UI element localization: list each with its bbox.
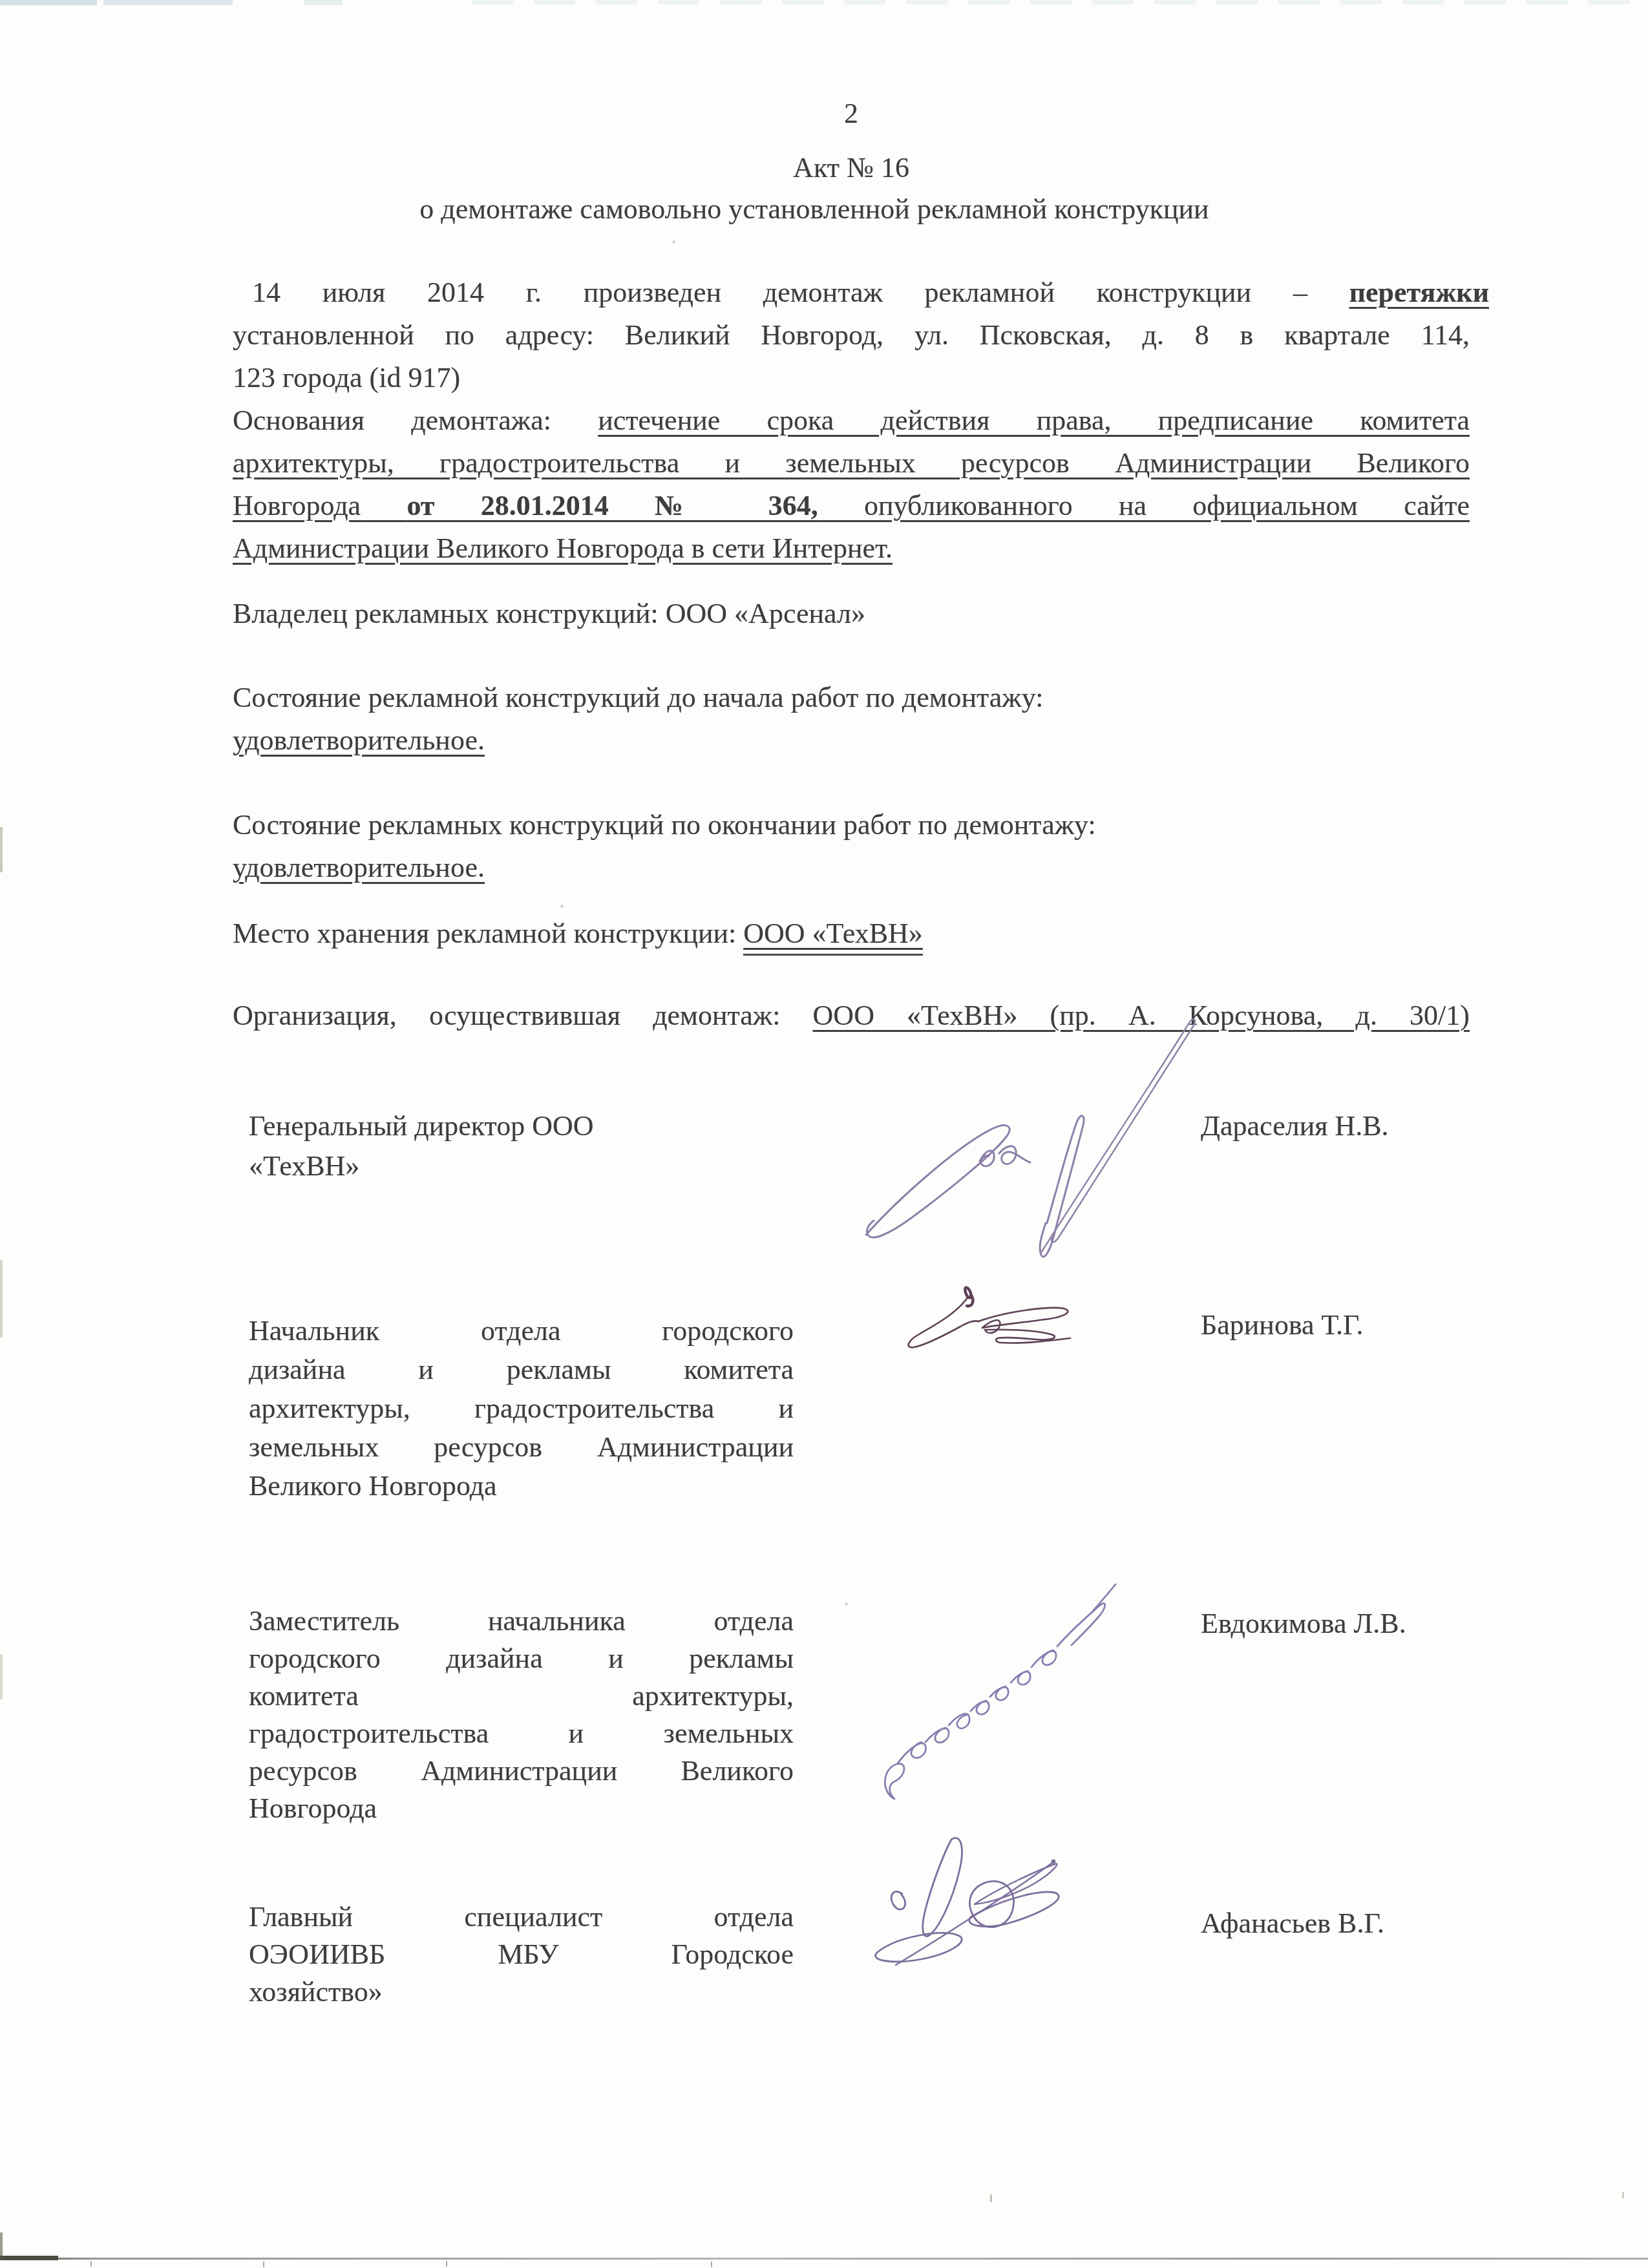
signatory-role: Генеральный директор ООО «ТехВН» bbox=[249, 1106, 794, 1186]
signatory-name: Баринова Т.Г. bbox=[1201, 1305, 1479, 1345]
scan-edge-artifact bbox=[304, 0, 343, 5]
scan-edge-artifact bbox=[0, 2256, 58, 2260]
scan-edge-artifact bbox=[263, 2262, 264, 2267]
p1-l4-grounds: истечение срока действия права, предписа… bbox=[598, 404, 1470, 436]
p1-l6-end: опубликованного на официальном сайте bbox=[864, 490, 1470, 521]
scan-speck bbox=[1622, 2192, 1624, 2198]
p1-l6-date: от 28.01.2014 № 364, bbox=[407, 490, 818, 521]
scan-speck bbox=[990, 2194, 992, 2202]
scan-edge-artifact bbox=[90, 2261, 92, 2267]
scan-edge-artifact bbox=[711, 2262, 712, 2267]
p1-l1-text: 14 июля 2014 г. произведен демонтаж рекл… bbox=[252, 277, 1349, 308]
signatory-role: Начальник отдела городского дизайна и ре… bbox=[249, 1312, 794, 1506]
storage-label: Место хранения рекламной конструкции: bbox=[233, 918, 743, 949]
paragraph-line: 123 города (id 917) bbox=[233, 357, 1470, 399]
state-before-label: Состояние рекламной конструкций до начал… bbox=[233, 677, 1470, 719]
signatory-name: Афанасьев В.Г. bbox=[1201, 1904, 1479, 1944]
signatory-name: Евдокимова Л.В. bbox=[1201, 1604, 1479, 1644]
signature-afanasev bbox=[860, 1832, 1066, 1980]
paragraph-line: архитектуры, градостроительства и земель… bbox=[233, 442, 1470, 485]
scan-edge-artifact bbox=[0, 1654, 3, 1699]
doc-subtitle: о демонтаже самовольно установленной рек… bbox=[233, 188, 1396, 231]
state-after-label: Состояние рекламных конструкций по оконч… bbox=[233, 804, 1470, 846]
scan-speck bbox=[845, 1602, 848, 1606]
scanned-document-page: 2 Акт № 16 о демонтаже самовольно устано… bbox=[0, 0, 1648, 2268]
p1-l6-wrap: Новгорода от 28.01.2014 № 364, опубликов… bbox=[233, 490, 1470, 521]
signatory-role: Заместитель начальника отдела городского… bbox=[249, 1602, 794, 1827]
doc-title: Акт № 16 bbox=[233, 147, 1470, 189]
paragraph-line: 14 июля 2014 г. произведен демонтаж рекл… bbox=[233, 271, 1489, 314]
scan-edge-artifact bbox=[0, 2232, 3, 2260]
state-before-value: удовлетворительное. bbox=[233, 719, 1470, 762]
scan-edge-artifact bbox=[0, 0, 97, 5]
paragraph-line: Новгорода от 28.01.2014 № 364, опубликов… bbox=[233, 485, 1470, 527]
scan-speck bbox=[672, 240, 675, 244]
paragraph-line: Администрации Великого Новгорода в сети … bbox=[233, 527, 1470, 570]
paragraph-line: установленной по адресу: Великий Новгоро… bbox=[233, 314, 1470, 357]
p1-l1-keyword: перетяжки bbox=[1349, 277, 1489, 308]
scan-edge-artifact bbox=[0, 1260, 3, 1338]
scan-edge-artifact bbox=[103, 0, 233, 5]
storage-value: ООО «ТехВН» bbox=[743, 918, 923, 956]
storage-line: Место хранения рекламной конструкции: ОО… bbox=[233, 912, 1470, 955]
signature-barinova bbox=[903, 1283, 1091, 1367]
signatory-role: Главный специалист отдела ОЭОИИВБ МБУ Го… bbox=[249, 1898, 794, 2011]
owner-line: Владелец рекламных конструкций: ООО «Арс… bbox=[233, 593, 1470, 635]
scan-edge-artifact bbox=[472, 0, 1648, 5]
org-label: Организация, осуществившая демонтаж: bbox=[233, 1000, 813, 1031]
scan-edge-artifact bbox=[0, 2258, 1648, 2260]
p1-l6-start: Новгорода bbox=[233, 490, 361, 521]
signatory-name: Дараселия Н.В. bbox=[1201, 1106, 1479, 1146]
scan-edge-artifact bbox=[0, 827, 3, 872]
p1-l4-label: Основания демонтажа: bbox=[233, 404, 598, 436]
scan-edge-artifact bbox=[446, 2261, 447, 2267]
state-after-value: удовлетворительное. bbox=[233, 846, 1470, 889]
signature-daraselia bbox=[853, 1005, 1215, 1276]
organization-line: Организация, осуществившая демонтаж: ООО… bbox=[233, 994, 1470, 1037]
signature-evdokimova bbox=[866, 1551, 1118, 1803]
scan-speck bbox=[560, 905, 564, 908]
page-number: 2 bbox=[233, 92, 1470, 135]
paragraph-line: Основания демонтажа: истечение срока дей… bbox=[233, 399, 1470, 442]
